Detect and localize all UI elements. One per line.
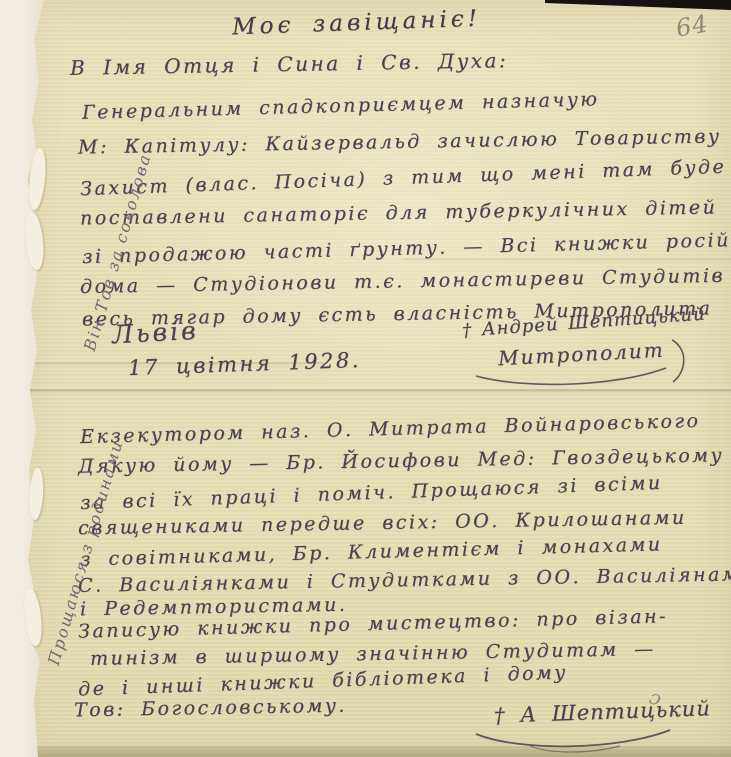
scanned-testament-page: Моє завіщаніє! 64 В Імя Отця і Сина і Св…	[0, 0, 731, 757]
place-line: Львів	[111, 316, 199, 349]
paper-bottom-shadow	[24, 746, 731, 757]
fold-crease	[24, 389, 731, 391]
page-number: 64	[674, 9, 711, 42]
